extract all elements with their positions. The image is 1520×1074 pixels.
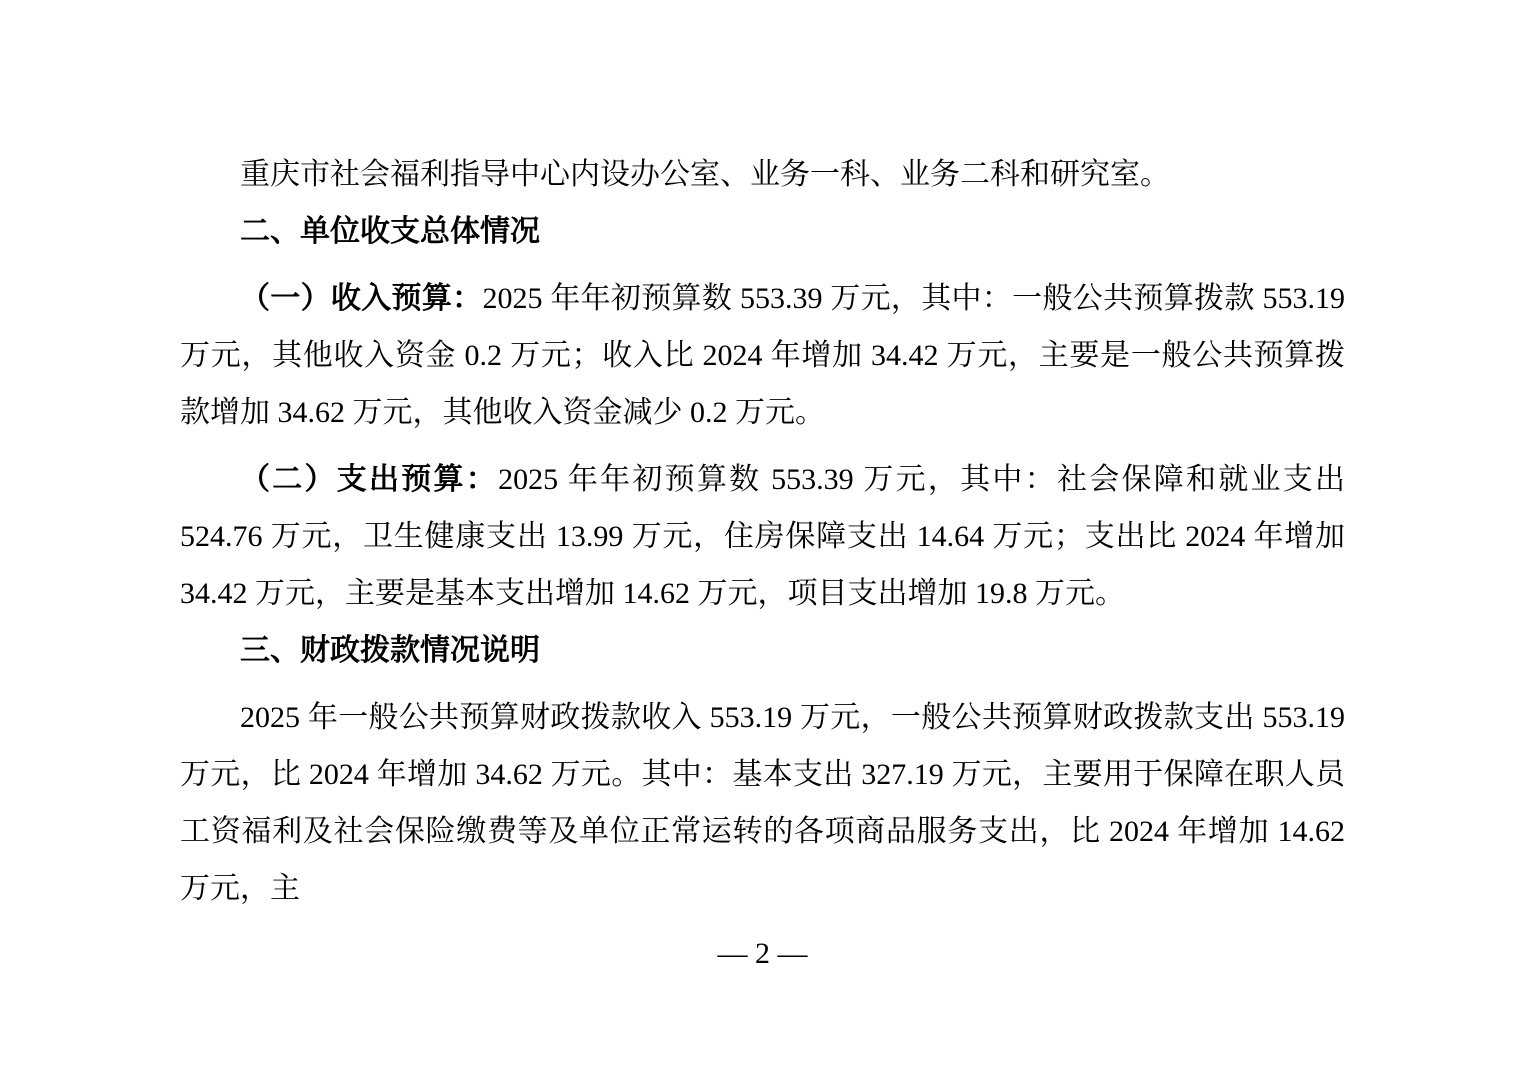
section-2-heading: 二、单位收支总体情况 — [180, 203, 1345, 260]
expense-budget-paragraph: （二）支出预算：2025 年年初预算数 553.39 万元，其中：社会保障和就业… — [180, 451, 1345, 622]
income-budget-paragraph: （一）收入预算：2025 年年初预算数 553.39 万元，其中：一般公共预算拨… — [180, 270, 1345, 441]
fiscal-appropriation-paragraph: 2025 年一般公共预算财政拨款收入 553.19 万元，一般公共预算财政拨款支… — [180, 689, 1345, 917]
intro-paragraph: 重庆市社会福利指导中心内设办公室、业务一科、业务二科和研究室。 — [180, 146, 1345, 203]
income-budget-label: （一）收入预算： — [240, 282, 483, 315]
expense-budget-label: （二）支出预算： — [240, 463, 498, 496]
document-page: 重庆市社会福利指导中心内设办公室、业务一科、业务二科和研究室。 二、单位收支总体… — [180, 146, 1345, 982]
page-number: — 2 — — [180, 925, 1345, 982]
section-3-heading: 三、财政拨款情况说明 — [180, 622, 1345, 679]
